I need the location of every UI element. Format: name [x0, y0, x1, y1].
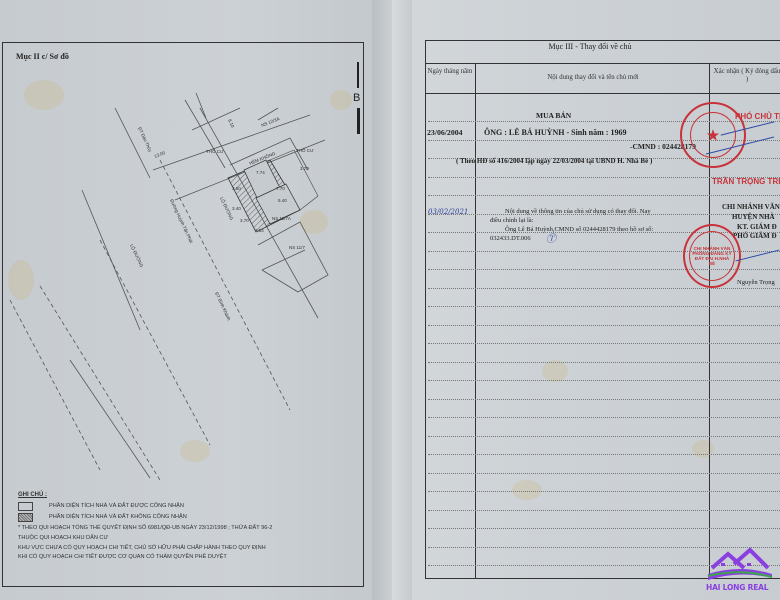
legend-note: KHU VỰC CHƯA CÓ QUY HOẠCH CHI TIẾT, CHỦ …: [18, 545, 272, 552]
confirm-signer: Nguyễn Trọng: [737, 279, 775, 286]
confirm-org-4: PHÓ GIÁM Đ: [733, 232, 777, 240]
map-label-tho-cu: THỔ CƯ: [206, 148, 224, 154]
entry-2-line2: điều chỉnh lại là:: [490, 217, 534, 224]
official-stamp-2: CHI NHÁNH VĂN PHÒNG ĐĂNG KÝ ĐẤT ĐAI H.NH…: [683, 224, 741, 288]
legend: GHI CHÚ : PHẦN DIỆN TÍCH NHÀ VÀ ĐẤT ĐƯỢC…: [18, 492, 272, 561]
map-label-tho-cu-right: THỔ CƯ: [296, 147, 314, 153]
column-header-content: Nội dung thay đổi và tên chủ mới: [478, 74, 708, 82]
entry-1-date: 23/06/2004: [427, 128, 463, 137]
map-label-ns-11-7: NS 11/7: [289, 245, 305, 250]
legend-swatch-empty: [18, 502, 33, 511]
house-logo-icon: [704, 546, 776, 586]
entry-2-line3: Ông Lê Bá Huỳnh,CMND số 0244428179 theo …: [505, 226, 653, 233]
legend-note: * THEO QUI HOẠCH TỔNG THỂ QUYẾT ĐỊNH SỐ …: [18, 525, 272, 532]
map-dim: 13.00: [154, 150, 167, 159]
stamp-signer-red: TRẦN TRỌNG TRI: [712, 177, 780, 186]
map-dim: 5.40: [278, 198, 287, 203]
map-dim: 3.60: [232, 186, 241, 191]
map-dim: 3.70: [240, 218, 249, 223]
legend-title: GHI CHÚ :: [18, 492, 272, 499]
confirm-org-3: KT. GIÁM Đ: [737, 223, 777, 231]
stamp-title-red: PHÓ CHỦ TỊCH: [735, 112, 780, 121]
confirm-org-1: CHI NHÁNH VĂN: [722, 203, 780, 211]
map-label-ns-11-7a: NS 11/7A: [272, 216, 291, 221]
legend-swatch-hatched: [18, 513, 33, 522]
entry-2-date: 03/02/2021: [428, 208, 468, 216]
map-dim: 7.70: [276, 186, 285, 191]
entry-2-line1: Nội dung về thông tin của chủ sử dụng có…: [505, 208, 651, 215]
entry-1-contract: ( Theo HĐ số 416/2004 lập ngày 22/03/200…: [456, 157, 652, 165]
confirm-org-2: HUYỆN NHÀ: [732, 213, 775, 221]
legend-note: KHI CÓ QUY HOẠCH CHI TIẾT ĐƯỢC CƠ QUAN C…: [18, 554, 272, 561]
column-header-date: Ngày tháng năm: [427, 68, 473, 76]
initials-signature: Ⓣ: [546, 230, 556, 245]
map-dim: 3.84: [255, 228, 264, 233]
legend-note: THUỘC QUI HOẠCH KHU DÂN CƯ: [18, 535, 272, 542]
entry-1-heading: MUA BÁN: [536, 111, 571, 120]
watermark-text: HAI LONG REAL: [706, 583, 768, 592]
entry-1-owner: ÔNG : LÊ BÁ HUỲNH - Sinh năm : 1969: [484, 128, 626, 137]
section-title-owner-change: Mục III - Thay đổi về chủ: [425, 42, 755, 51]
entry-2-line4: 032433.DT.006: [490, 235, 531, 242]
map-label-dt-dao-thuy: ĐT Đào Thủy: [137, 126, 154, 153]
map-dim: 3.40: [232, 206, 241, 211]
map-label-dt-binh-khanh: ĐT Bình Khánh: [214, 291, 232, 321]
column-header-confirm: Xác nhận ( Ký đóng dấu ): [712, 68, 780, 84]
map-label-huynh-tan-phat: Đường Huỳnh Tấn Phát: [169, 198, 194, 244]
map-label-le-duong-2: LỘ ĐƯỜNG: [129, 243, 145, 269]
map-dim: 3.70: [300, 166, 309, 171]
legend-item: PHẦN DIỆN TÍCH NHÀ VÀ ĐẤT KHÔNG CÔNG NHẬ…: [18, 513, 272, 522]
site-plan-map: THỔ CƯ NS 12/3A HẺM KHÔNG THỔ CƯ NS 11/7…: [0, 0, 392, 480]
map-dim: 8.10: [227, 118, 235, 129]
legend-item: PHẦN DIỆN TÍCH NHÀ VÀ ĐẤT ĐƯỢC CÔNG NHẬN: [18, 502, 272, 511]
hai-long-real-logo: HAI LONG REAL: [704, 546, 776, 596]
map-dim: 7.74: [256, 170, 265, 175]
